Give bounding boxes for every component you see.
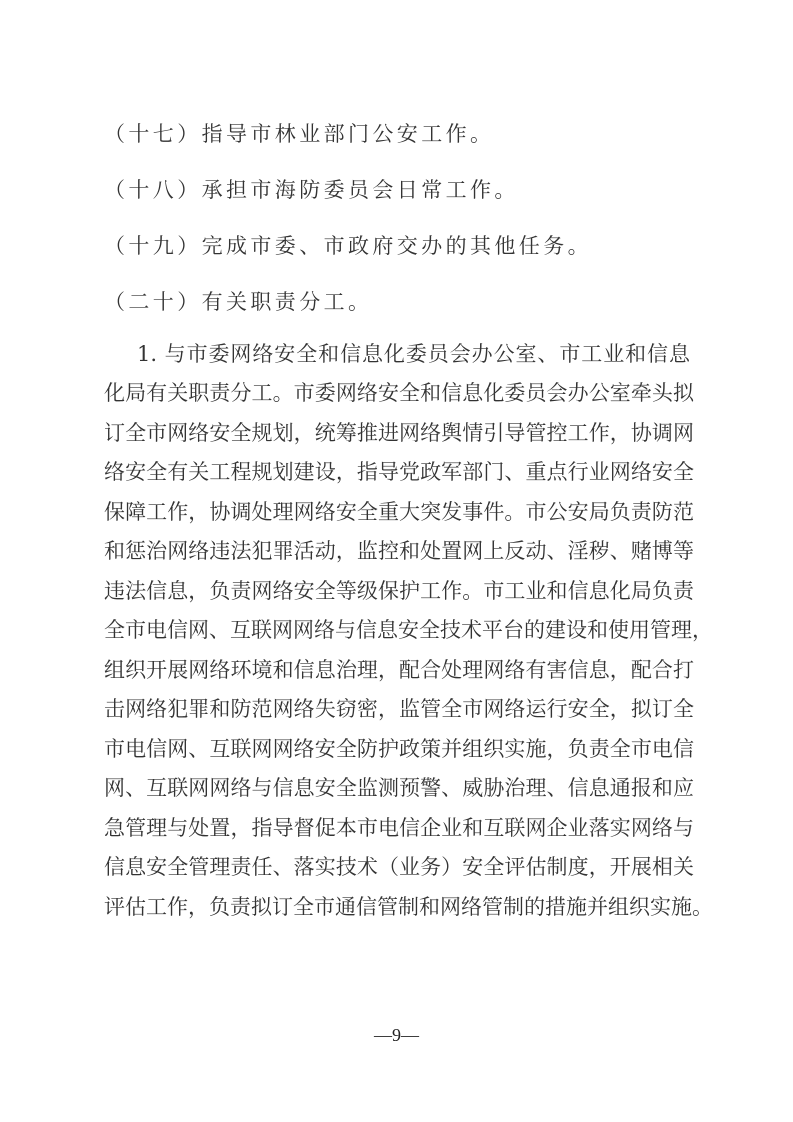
paragraph-line: 急管理与处置，指导督促本市电信企业和互联网企业落实网络与 [104, 816, 694, 840]
paragraph-line: 全市电信网、互联网网络与信息安全技术平台的建设和使用管理， [104, 618, 694, 642]
item-text: 承担市海防委员会日常工作。 [202, 178, 519, 202]
paragraph-line: 击网络犯罪和防范网络失窃密，监管全市网络运行安全，拟订全 [104, 697, 694, 721]
item-text: 有关职责分工。 [202, 290, 373, 314]
paragraph-line: 1. 与市委网络安全和信息化委员会办公室、市工业和信息 [137, 342, 690, 366]
item-17: （十七）指导市林业部门公安工作。 [104, 122, 694, 146]
paragraph-line: 组织开展网络环境和信息治理，配合处理网络有害信息，配合打 [104, 658, 694, 682]
item-label: （十八） [104, 178, 202, 202]
paragraph-line: 订全市网络安全规划，统筹推进网络舆情引导管控工作，协调网 [104, 421, 694, 445]
item-label: （二十） [104, 290, 202, 314]
paragraph-line: 信息安全管理责任、落实技术（业务）安全评估制度，开展相关 [104, 855, 694, 879]
item-label: （十七） [104, 122, 202, 146]
paragraph-line: 评估工作，负责拟订全市通信管制和网络管制的措施并组织实施。 [104, 895, 694, 919]
item-18: （十八）承担市海防委员会日常工作。 [104, 178, 694, 202]
item-19: （十九）完成市委、市政府交办的其他任务。 [104, 234, 694, 258]
paragraph-line: 络安全有关工程规划建设，指导党政军部门、重点行业网络安全 [104, 460, 694, 484]
item-text: 完成市委、市政府交办的其他任务。 [202, 234, 592, 258]
item-label: （十九） [104, 234, 202, 258]
paragraph-line: 网、互联网网络与信息安全监测预警、威胁治理、信息通报和应 [104, 776, 694, 800]
paragraph-line: 保障工作，协调处理网络安全重大突发事件。市公安局负责防范 [104, 500, 694, 524]
paragraph-line: 违法信息，负责网络安全等级保护工作。市工业和信息化局负责 [104, 579, 694, 603]
item-text: 指导市林业部门公安工作。 [202, 122, 495, 146]
paragraph-line: 化局有关职责分工。市委网络安全和信息化委员会办公室牵头拟 [104, 381, 694, 405]
document-page: （十七）指导市林业部门公安工作。 （十八）承担市海防委员会日常工作。 （十九）完… [0, 0, 793, 1122]
paragraph-line: 和惩治网络违法犯罪活动，监控和处置网上反动、淫秽、赌博等 [104, 539, 694, 563]
page-number: —9— [0, 1025, 793, 1046]
paragraph-line: 市电信网、互联网网络安全防护政策并组织实施，负责全市电信 [104, 737, 694, 761]
item-20: （二十）有关职责分工。 [104, 290, 694, 314]
